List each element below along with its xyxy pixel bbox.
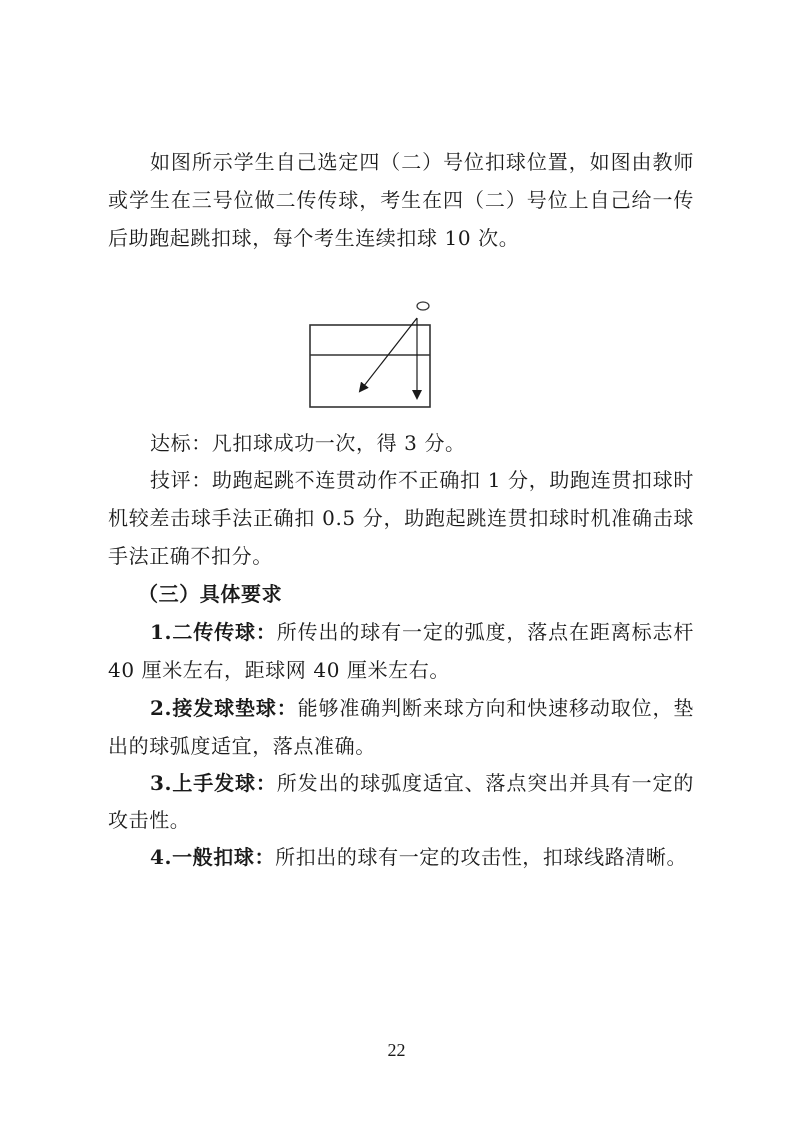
item-label: 2.接发球垫球： (150, 696, 298, 720)
court-diagram (300, 292, 450, 417)
requirement-item-4: 4.一般扣球：所扣出的球有一定的攻击性，扣球线路清晰。 (150, 838, 694, 876)
item-text: 所扣出的球有一定的攻击性，扣球线路清晰。 (275, 845, 687, 869)
document-page: 如图所示学生自己选定四（二）号位扣球位置，如图由教师 或学生在三号位做二传传球，… (0, 0, 793, 1122)
item-text: 所发出的球弧度适宜、落点突出并具有一定的 (277, 771, 694, 795)
intro-line-3: 后助跑起跳扣球，每个考生连续扣球 10 次。 (108, 219, 694, 257)
requirement-item-3: 3.上手发球：所发出的球弧度适宜、落点突出并具有一定的 (150, 764, 694, 802)
intro-line-1: 如图所示学生自己选定四（二）号位扣球位置，如图由教师 (150, 143, 694, 181)
page-number: 22 (0, 1040, 793, 1061)
technique-line-2: 机较差击球手法正确扣 0.5 分，助跑起跳连贯扣球时机准确击球 (108, 499, 694, 537)
requirement-item-2: 2.接发球垫球：能够准确判断来球方向和快速移动取位，垫 (150, 689, 694, 727)
section-heading: （三）具体要求 (138, 575, 682, 613)
technique-line-1: 技评：助跑起跳不连贯动作不正确扣 1 分，助跑连贯扣球时 (150, 461, 694, 499)
technique-line-3: 手法正确不扣分。 (108, 537, 694, 575)
standard-line: 达标：凡扣球成功一次，得 3 分。 (150, 424, 694, 462)
requirement-item-3-cont: 攻击性。 (108, 801, 694, 839)
ball-ellipse (417, 302, 429, 310)
requirement-item-1: 1.二传传球：所传出的球有一定的弧度，落点在距离标志杆 (150, 613, 694, 651)
court-rectangle (310, 325, 430, 407)
requirement-item-1-cont: 40 厘米左右，距球网 40 厘米左右。 (108, 651, 694, 689)
item-label: 3.上手发球： (150, 771, 277, 795)
requirement-item-2-cont: 出的球弧度适宜，落点准确。 (108, 727, 694, 765)
item-text: 能够准确判断来球方向和快速移动取位，垫 (298, 696, 694, 720)
intro-line-2: 或学生在三号位做二传传球，考生在四（二）号位上自己给一传 (108, 181, 694, 219)
item-text: 所传出的球有一定的弧度，落点在距离标志杆 (277, 620, 694, 644)
item-label: 1.二传传球： (150, 620, 277, 644)
item-label: 4.一般扣球： (150, 845, 275, 869)
